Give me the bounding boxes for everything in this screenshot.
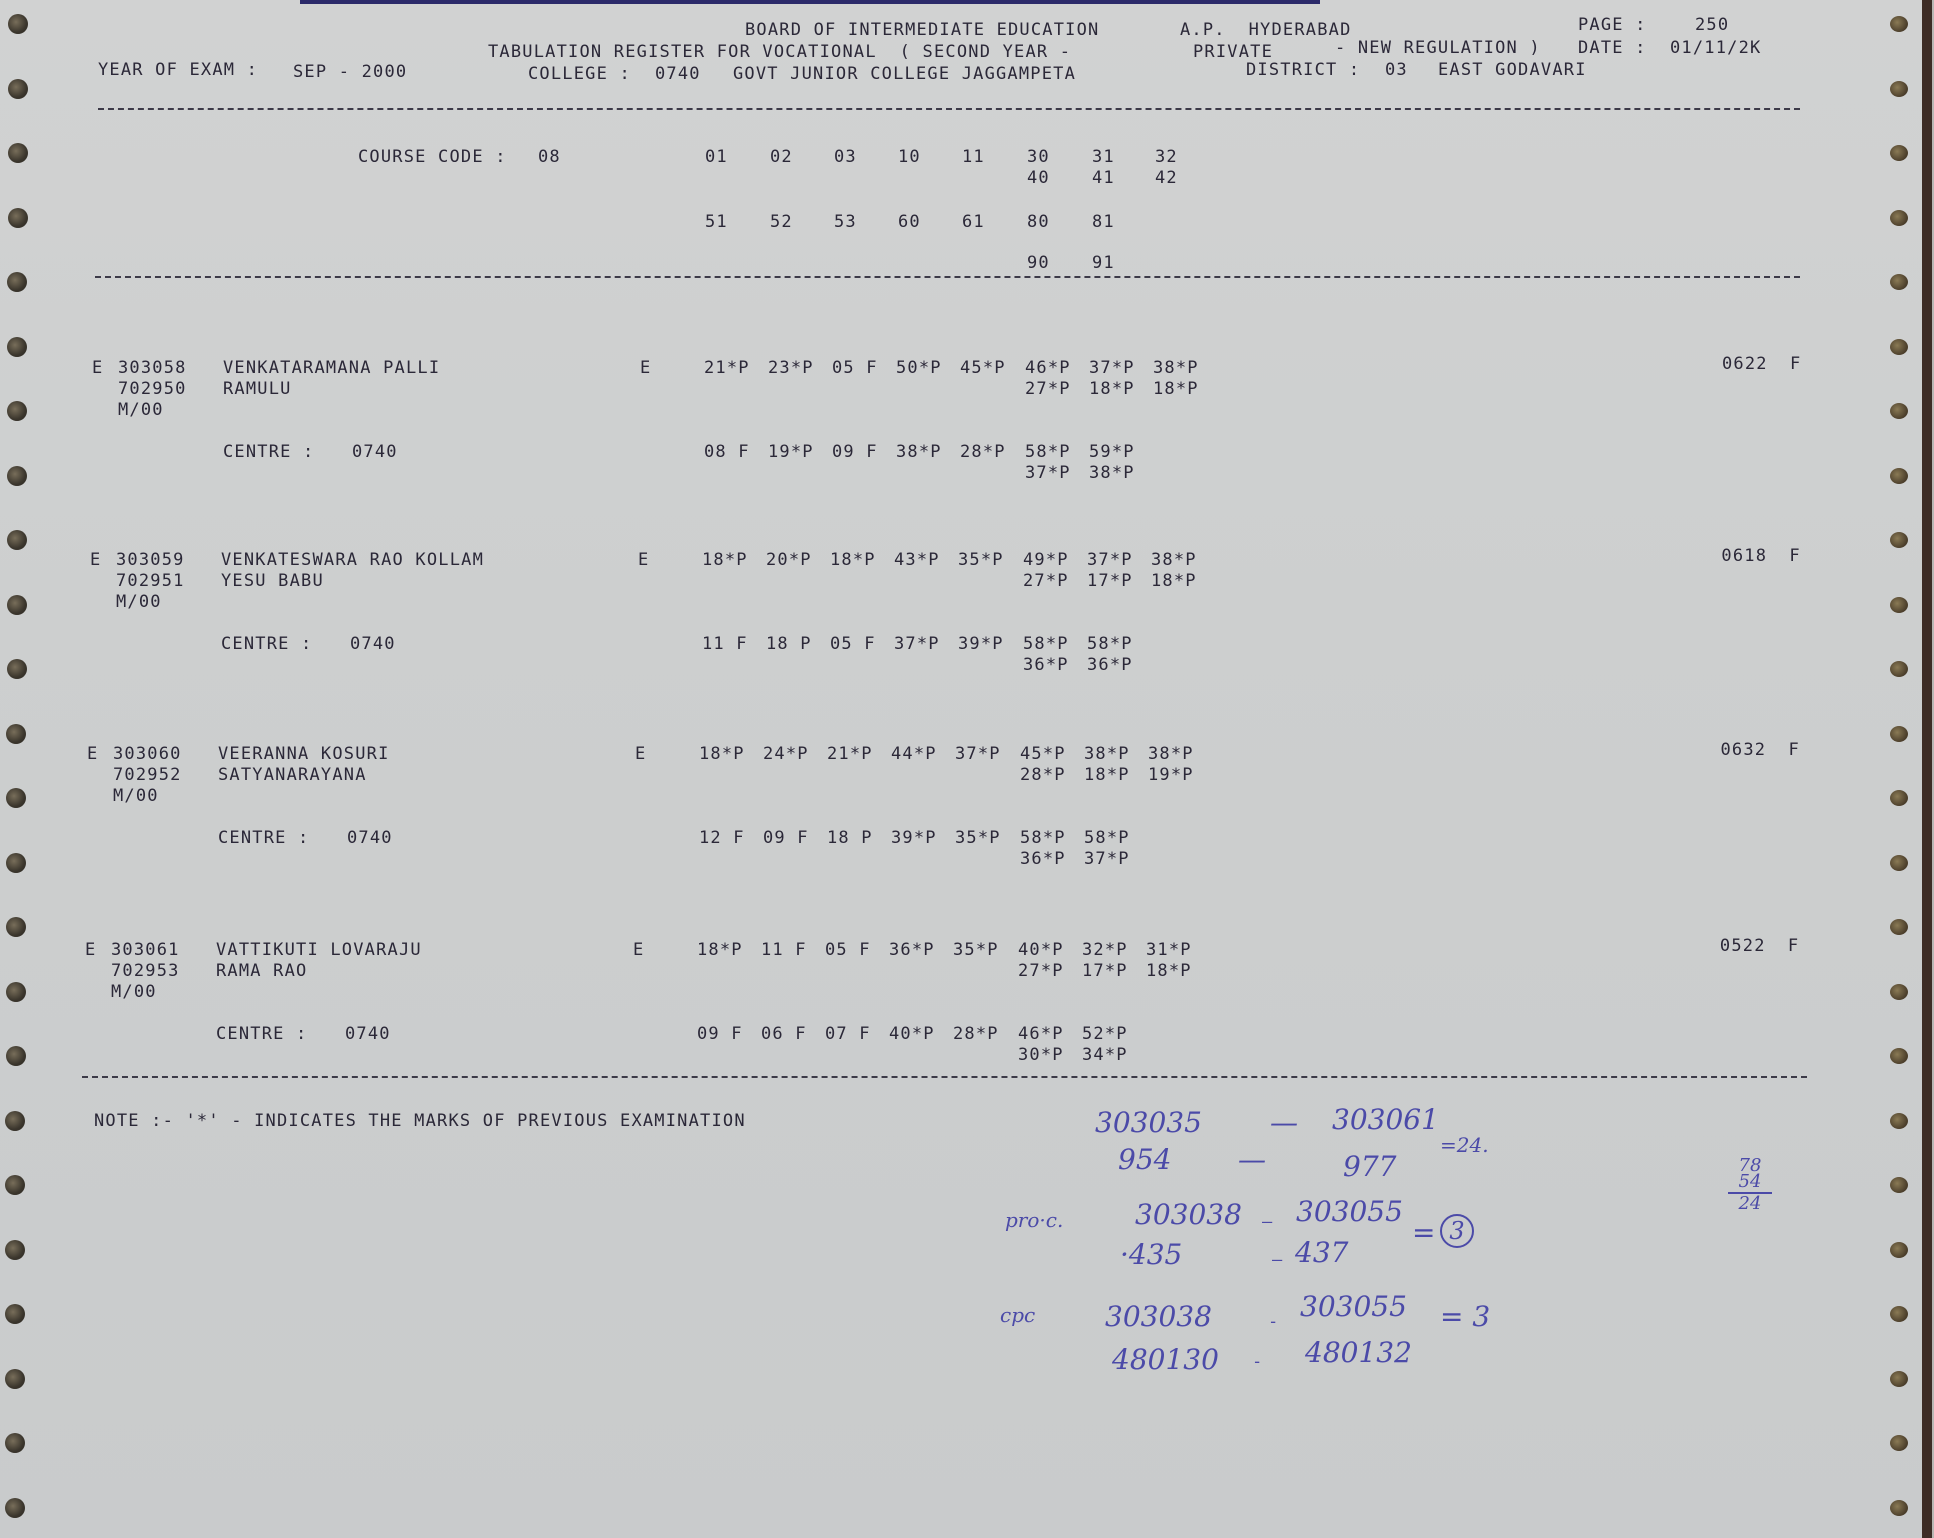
exam-type: E xyxy=(87,744,98,764)
mark-cell: 18*P xyxy=(1153,379,1199,399)
centre-label: CENTRE : xyxy=(223,442,314,462)
subject-code: 52 xyxy=(770,212,793,232)
centre-code: 0740 xyxy=(352,442,398,462)
subject-code: 51 xyxy=(705,212,728,232)
gender-code: M/00 xyxy=(113,786,159,806)
handwritten-side-calc: 78 54 24 xyxy=(1728,1158,1772,1212)
feed-hole xyxy=(1890,790,1908,806)
gender-code: M/00 xyxy=(118,400,164,420)
mark-cell: 37*P xyxy=(1025,463,1071,483)
handwritten-cpc-from: 303038 xyxy=(1105,1302,1212,1332)
mark-cell: 05 F xyxy=(825,940,871,960)
mark-cell: 45*P xyxy=(1020,744,1066,764)
centre-label: CENTRE : xyxy=(218,828,309,848)
date-label: DATE : xyxy=(1578,38,1647,58)
subject-code: 01 xyxy=(705,147,728,167)
mark-cell: 18*P xyxy=(1146,961,1192,981)
district-name: EAST GODAVARI xyxy=(1438,60,1587,80)
total-marks: 0622 xyxy=(1722,354,1768,374)
feed-hole xyxy=(8,208,28,228)
feed-hole xyxy=(7,466,27,486)
centre-code: 0740 xyxy=(345,1024,391,1044)
subject-code: 02 xyxy=(770,147,793,167)
medium: E xyxy=(640,358,651,378)
district-code: 03 xyxy=(1385,60,1408,80)
gender-code: M/00 xyxy=(116,592,162,612)
feed-hole xyxy=(7,337,27,357)
feed-hole xyxy=(1890,210,1908,226)
subject-code: 60 xyxy=(898,212,921,232)
feed-hole xyxy=(1890,1177,1908,1193)
hall-ticket-number: 303058 xyxy=(118,358,187,378)
subject-code: 42 xyxy=(1155,168,1178,188)
medium: E xyxy=(635,744,646,764)
mark-cell: 07 F xyxy=(825,1024,871,1044)
exam-type: E xyxy=(92,358,103,378)
feed-hole xyxy=(6,917,26,937)
subject-code: 30 xyxy=(1027,147,1050,167)
mark-cell: 27*P xyxy=(1018,961,1064,981)
centre-code: 0740 xyxy=(347,828,393,848)
feed-hole xyxy=(1890,661,1908,677)
feed-hole xyxy=(5,1433,25,1453)
feed-hole xyxy=(7,595,27,615)
mark-cell: 40*P xyxy=(1018,940,1064,960)
feed-hole xyxy=(6,788,26,808)
mark-cell: 19*P xyxy=(1148,765,1194,785)
feed-hole xyxy=(1890,145,1908,161)
registration-number: 702950 xyxy=(118,379,187,399)
mark-cell: 18 P xyxy=(827,828,873,848)
handwritten-cpc-sub-to: 480132 xyxy=(1305,1338,1412,1368)
mark-cell: 43*P xyxy=(894,550,940,570)
mark-cell: 50*P xyxy=(896,358,942,378)
handwritten-pro-sub-to: 437 xyxy=(1295,1238,1348,1268)
mark-cell: 30*P xyxy=(1018,1045,1064,1065)
college-name: GOVT JUNIOR COLLEGE JAGGAMPETA xyxy=(733,64,1076,84)
feed-hole xyxy=(1890,984,1908,1000)
mark-cell: 34*P xyxy=(1082,1045,1128,1065)
feed-hole xyxy=(1890,339,1908,355)
handwritten-pro-eq: = xyxy=(1412,1218,1435,1248)
hall-ticket-number: 303059 xyxy=(116,550,185,570)
subject-code: 03 xyxy=(834,147,857,167)
centre-code: 0740 xyxy=(350,634,396,654)
exam-type: E xyxy=(90,550,101,570)
handwritten-range-from: 303035 xyxy=(1095,1108,1202,1138)
feed-hole xyxy=(6,1046,26,1066)
mark-cell: 05 F xyxy=(832,358,878,378)
year-value: SEP - 2000 xyxy=(293,62,407,82)
father-name: RAMULU xyxy=(223,379,292,399)
registration-number: 702952 xyxy=(113,765,182,785)
total-marks: 0618 xyxy=(1721,546,1767,566)
mark-cell: 36*P xyxy=(1020,849,1066,869)
mark-cell: 27*P xyxy=(1023,571,1069,591)
mark-cell: 09 F xyxy=(697,1024,743,1044)
mark-cell: 20*P xyxy=(766,550,812,570)
divider-course xyxy=(95,276,1800,278)
hall-ticket-number: 303060 xyxy=(113,744,182,764)
mark-cell: 49*P xyxy=(1023,550,1069,570)
feed-hole xyxy=(1890,1500,1908,1516)
mark-cell: 21*P xyxy=(827,744,873,764)
year-label: YEAR OF EXAM : xyxy=(98,60,258,80)
mark-cell: 11 F xyxy=(702,634,748,654)
total-marks: 0522 xyxy=(1720,936,1766,956)
subject-code: 81 xyxy=(1092,212,1115,232)
mark-cell: 40*P xyxy=(889,1024,935,1044)
feed-hole xyxy=(1890,1113,1908,1129)
feed-hole xyxy=(6,982,26,1002)
mark-cell: 59*P xyxy=(1089,442,1135,462)
gender-code: M/00 xyxy=(111,982,157,1002)
course-code-value: 08 xyxy=(538,147,561,167)
mark-cell: 46*P xyxy=(1018,1024,1064,1044)
mark-cell: 37*P xyxy=(955,744,1001,764)
course-code-label: COURSE CODE : xyxy=(358,147,507,167)
subject-code: 91 xyxy=(1092,253,1115,273)
father-name: RAMA RAO xyxy=(216,961,307,981)
handwritten-pro-result: 3 xyxy=(1440,1214,1474,1248)
mark-cell: 17*P xyxy=(1082,961,1128,981)
exam-type: E xyxy=(85,940,96,960)
divider-bottom xyxy=(82,1076,1807,1078)
mark-cell: 24*P xyxy=(763,744,809,764)
printout-sheet: BOARD OF INTERMEDIATE EDUCATION A.P. HYD… xyxy=(0,0,1932,1538)
mark-cell: 58*P xyxy=(1087,634,1133,654)
handwritten-pro-sub-from: ·435 xyxy=(1120,1240,1182,1270)
subject-code: 40 xyxy=(1027,168,1050,188)
feed-hole xyxy=(7,272,27,292)
feed-hole xyxy=(1890,1371,1908,1387)
feed-hole xyxy=(7,401,27,421)
mark-cell: 58*P xyxy=(1025,442,1071,462)
mark-cell: 18*P xyxy=(830,550,876,570)
mark-cell: 38*P xyxy=(1148,744,1194,764)
district-label: DISTRICT : xyxy=(1246,60,1360,80)
feed-hole xyxy=(1890,1048,1908,1064)
feed-hole xyxy=(1890,726,1908,742)
mark-cell: 31*P xyxy=(1146,940,1192,960)
feed-hole xyxy=(1890,919,1908,935)
mark-cell: 32*P xyxy=(1082,940,1128,960)
mark-cell: 28*P xyxy=(953,1024,999,1044)
mark-cell: 18*P xyxy=(1084,765,1130,785)
mark-cell: 37*P xyxy=(894,634,940,654)
father-name: YESU BABU xyxy=(221,571,324,591)
mark-cell: 28*P xyxy=(960,442,1006,462)
mark-cell: 36*P xyxy=(889,940,935,960)
feed-hole xyxy=(1890,16,1908,32)
feed-hole xyxy=(7,530,27,550)
mark-cell: 58*P xyxy=(1020,828,1066,848)
feed-hole xyxy=(1890,274,1908,290)
feed-hole xyxy=(5,1175,25,1195)
note-text: NOTE :- '*' - INDICATES THE MARKS OF PRE… xyxy=(94,1111,746,1131)
handwritten-cpc-result: = 3 xyxy=(1440,1302,1490,1332)
mark-cell: 37*P xyxy=(1084,849,1130,869)
mark-cell: 06 F xyxy=(761,1024,807,1044)
feed-hole xyxy=(1890,597,1908,613)
board-title: BOARD OF INTERMEDIATE EDUCATION xyxy=(745,20,1099,40)
result-status: F xyxy=(1790,354,1801,374)
subject-code: 80 xyxy=(1027,212,1050,232)
handwritten-cpc-sub-from: 480130 xyxy=(1112,1345,1219,1375)
handwritten-dash: — xyxy=(1270,1108,1298,1138)
handwritten-pro-to: 303055 xyxy=(1296,1197,1403,1227)
mark-cell: 38*P xyxy=(1153,358,1199,378)
mark-cell: 37*P xyxy=(1089,358,1135,378)
mark-cell: 45*P xyxy=(960,358,1006,378)
feed-hole xyxy=(1890,1435,1908,1451)
result-status: F xyxy=(1789,740,1800,760)
feed-hole xyxy=(5,1369,25,1389)
feed-hole xyxy=(8,143,28,163)
medium: E xyxy=(638,550,649,570)
top-border xyxy=(300,0,1320,4)
mark-cell: 18*P xyxy=(697,940,743,960)
subject-code: 61 xyxy=(962,212,985,232)
register-title: TABULATION REGISTER FOR VOCATIONAL ( SEC… xyxy=(488,42,1071,62)
feed-hole xyxy=(1890,403,1908,419)
handwritten-range-to: 303061 xyxy=(1332,1105,1439,1135)
subject-code: 53 xyxy=(834,212,857,232)
feed-hole xyxy=(1890,468,1908,484)
feed-hole xyxy=(6,724,26,744)
handwritten-num-dash: — xyxy=(1238,1145,1266,1175)
board-location: A.P. HYDERABAD xyxy=(1180,20,1352,40)
total-marks: 0632 xyxy=(1721,740,1767,760)
student-name: VATTIKUTI LOVARAJU xyxy=(216,940,422,960)
mark-cell: 38*P xyxy=(896,442,942,462)
result-status: F xyxy=(1789,546,1800,566)
feed-hole xyxy=(6,853,26,873)
mark-cell: 17*P xyxy=(1087,571,1133,591)
divider-top xyxy=(98,108,1800,110)
mark-cell: 27*P xyxy=(1025,379,1071,399)
subject-code: 10 xyxy=(898,147,921,167)
subject-code: 90 xyxy=(1027,253,1050,273)
handwritten-cpc-to: 303055 xyxy=(1300,1292,1407,1322)
mark-cell: 21*P xyxy=(704,358,750,378)
feed-hole xyxy=(1890,532,1908,548)
mark-cell: 44*P xyxy=(891,744,937,764)
feed-hole xyxy=(1890,81,1908,97)
feed-hole xyxy=(1890,855,1908,871)
registration-number: 702953 xyxy=(111,961,180,981)
medium: E xyxy=(633,940,644,960)
mark-cell: 19*P xyxy=(768,442,814,462)
college-code: 0740 xyxy=(655,64,701,84)
handwritten-count: =24. xyxy=(1440,1130,1489,1160)
mark-cell: 35*P xyxy=(958,550,1004,570)
feed-hole xyxy=(5,1498,25,1518)
feed-hole xyxy=(7,659,27,679)
result-status: F xyxy=(1788,936,1799,956)
mark-cell: 23*P xyxy=(768,358,814,378)
page-number: 250 xyxy=(1695,15,1729,35)
mark-cell: 58*P xyxy=(1023,634,1069,654)
feed-hole xyxy=(5,1240,25,1260)
registration-number: 702951 xyxy=(116,571,185,591)
mark-cell: 36*P xyxy=(1023,655,1069,675)
centre-label: CENTRE : xyxy=(221,634,312,654)
subject-code: 11 xyxy=(962,147,985,167)
mark-cell: 09 F xyxy=(763,828,809,848)
feed-hole xyxy=(1890,1306,1908,1322)
father-name: SATYANARAYANA xyxy=(218,765,367,785)
mark-cell: 38*P xyxy=(1151,550,1197,570)
page-label: PAGE : xyxy=(1578,15,1647,35)
handwritten-pro-label: pro·c. xyxy=(1005,1205,1063,1235)
handwritten-num-to: 977 xyxy=(1343,1152,1396,1182)
handwritten-pro-from: 303038 xyxy=(1135,1200,1242,1230)
mark-cell: 18*P xyxy=(1089,379,1135,399)
mark-cell: 12 F xyxy=(699,828,745,848)
feed-hole xyxy=(1890,1242,1908,1258)
mark-cell: 39*P xyxy=(891,828,937,848)
mark-cell: 38*P xyxy=(1089,463,1135,483)
date-value: 01/11/2K xyxy=(1670,38,1761,58)
feed-hole xyxy=(8,14,28,34)
centre-label: CENTRE : xyxy=(216,1024,307,1044)
student-name: VENKATARAMANA PALLI xyxy=(223,358,440,378)
mark-cell: 18*P xyxy=(699,744,745,764)
mark-cell: 58*P xyxy=(1084,828,1130,848)
mark-cell: 28*P xyxy=(1020,765,1066,785)
mark-cell: 18*P xyxy=(1151,571,1197,591)
mark-cell: 08 F xyxy=(704,442,750,462)
mark-cell: 35*P xyxy=(955,828,1001,848)
mark-cell: 52*P xyxy=(1082,1024,1128,1044)
student-name: VENKATESWARA RAO KOLLAM xyxy=(221,550,484,570)
hall-ticket-number: 303061 xyxy=(111,940,180,960)
mark-cell: 11 F xyxy=(761,940,807,960)
feed-hole xyxy=(5,1304,25,1324)
mark-cell: 37*P xyxy=(1087,550,1133,570)
regulation: - NEW REGULATION ) xyxy=(1335,38,1541,58)
subject-code: 41 xyxy=(1092,168,1115,188)
mark-cell: 46*P xyxy=(1025,358,1071,378)
mark-cell: 36*P xyxy=(1087,655,1133,675)
feed-hole xyxy=(5,1111,25,1131)
mark-cell: 09 F xyxy=(832,442,878,462)
subject-code: 31 xyxy=(1092,147,1115,167)
mark-cell: 38*P xyxy=(1084,744,1130,764)
student-name: VEERANNA KOSURI xyxy=(218,744,390,764)
category: PRIVATE xyxy=(1193,42,1273,62)
mark-cell: 18*P xyxy=(702,550,748,570)
subject-code: 32 xyxy=(1155,147,1178,167)
handwritten-num-from: 954 xyxy=(1118,1145,1171,1175)
mark-cell: 35*P xyxy=(953,940,999,960)
feed-hole xyxy=(8,79,28,99)
mark-cell: 05 F xyxy=(830,634,876,654)
college-label: COLLEGE : xyxy=(528,64,631,84)
handwritten-cpc-label: cpc xyxy=(1000,1300,1035,1330)
mark-cell: 18 P xyxy=(766,634,812,654)
mark-cell: 39*P xyxy=(958,634,1004,654)
